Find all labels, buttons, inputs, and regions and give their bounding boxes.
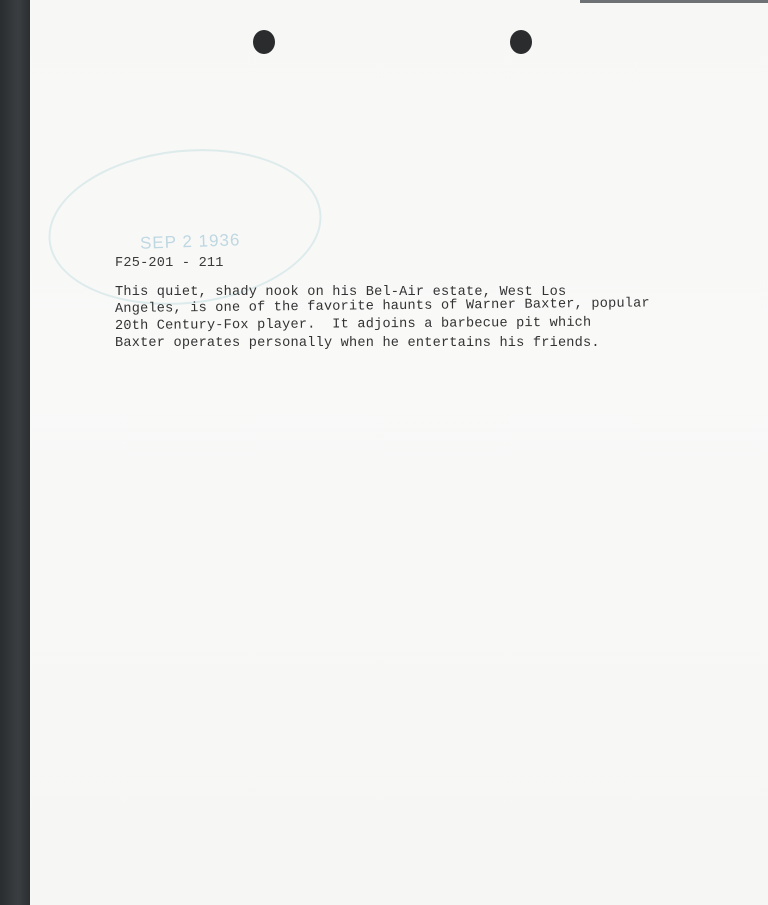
paper-top-edge [580,0,768,3]
punch-hole-right [510,30,532,54]
caption-text: This quiet, shady nook on his Bel-Air es… [115,284,735,352]
paper-sheet [30,0,768,905]
caption-line: 20th Century-Fox player. It adjoins a ba… [115,314,735,335]
punch-hole-left [253,30,275,54]
caption-line: Baxter operates personally when he enter… [115,335,735,352]
binding-strip [0,0,30,905]
stamp-date: SEP 2 1936 [140,230,241,253]
reference-code: F25-201 - 211 [115,256,224,271]
